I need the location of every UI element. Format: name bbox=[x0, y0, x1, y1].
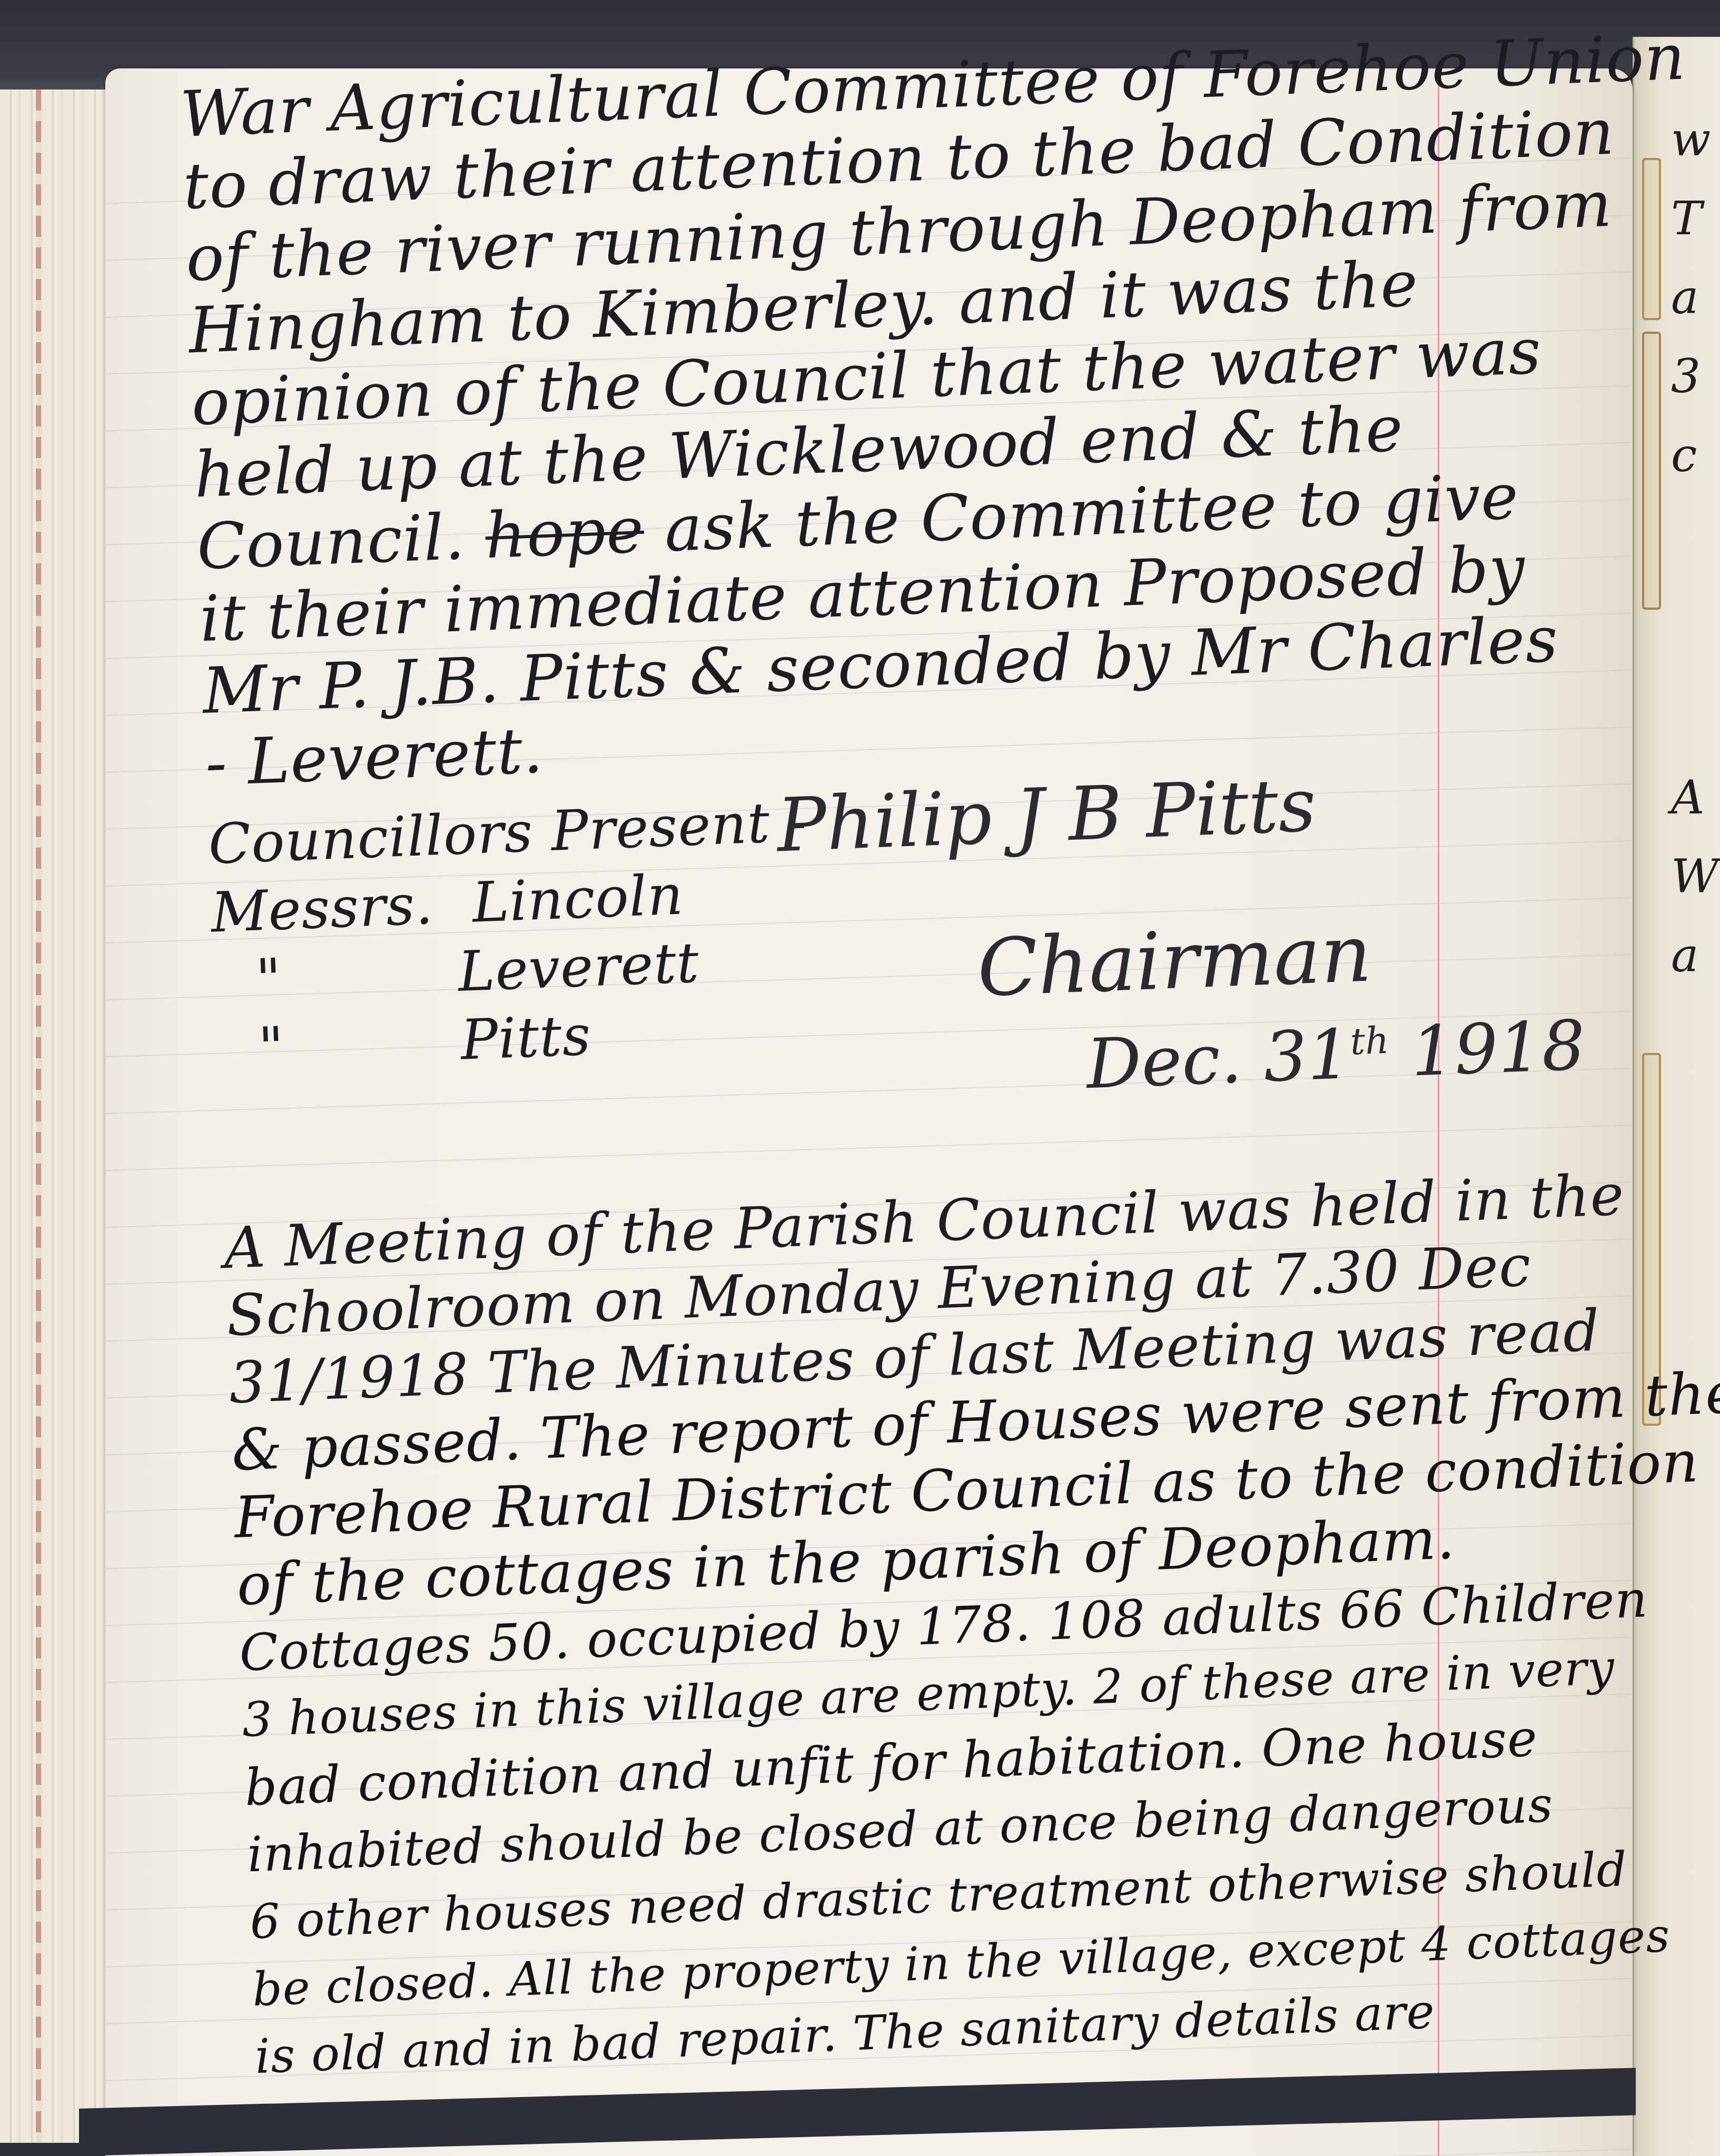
second-entry: A Meeting of the Parish Council was held… bbox=[223, 1160, 1704, 2091]
second-entry-dark-ink: & passed. The report of Houses were sent… bbox=[231, 1362, 1704, 2091]
councillor-name: Lincoln bbox=[450, 862, 685, 936]
messrs-label: Messrs. bbox=[210, 872, 434, 945]
chairman-signature: Philip J B Pitts bbox=[775, 762, 1318, 869]
attendance-and-signature: Councillors Present - Messrs. Lincoln " … bbox=[207, 754, 1668, 1178]
councillors-present: Councillors Present - Messrs. Lincoln " … bbox=[207, 787, 816, 1084]
date-ordinal: th bbox=[1349, 1019, 1389, 1064]
fragment: c bbox=[1671, 416, 1718, 495]
councillor-name: Pitts bbox=[354, 1003, 592, 1076]
fragment: W bbox=[1671, 837, 1718, 916]
fragment: w bbox=[1671, 100, 1718, 179]
ditto-mark: " bbox=[212, 942, 336, 1016]
text: Council. bbox=[196, 501, 467, 584]
page-edges-left bbox=[0, 90, 117, 2143]
red-page-edge bbox=[36, 90, 41, 2143]
fragment: T bbox=[1671, 179, 1718, 258]
fragment: 3 bbox=[1671, 337, 1718, 416]
signature-date: Dec. 31th 1918 bbox=[1085, 1005, 1587, 1104]
struck-word: hope bbox=[484, 494, 645, 573]
first-entry: War Agricultural Committee of Forehoe Un… bbox=[179, 23, 1654, 800]
fragment: a bbox=[1671, 258, 1718, 337]
chairman-title: Chairman bbox=[976, 908, 1373, 1015]
tape-mark-icon bbox=[1642, 158, 1661, 320]
councillor-name: Leverett bbox=[352, 930, 700, 1008]
date-day: Dec. 31 bbox=[1085, 1014, 1352, 1104]
fragment: A bbox=[1671, 758, 1718, 837]
right-page-text-fragments: w T a 3 c A W a bbox=[1671, 100, 1718, 995]
date-year: 1918 bbox=[1409, 1005, 1586, 1092]
ditto-mark: " bbox=[215, 1011, 339, 1084]
handwritten-content: War Agricultural Committee of Forehoe Un… bbox=[179, 23, 1704, 2091]
fragment: a bbox=[1671, 916, 1718, 995]
